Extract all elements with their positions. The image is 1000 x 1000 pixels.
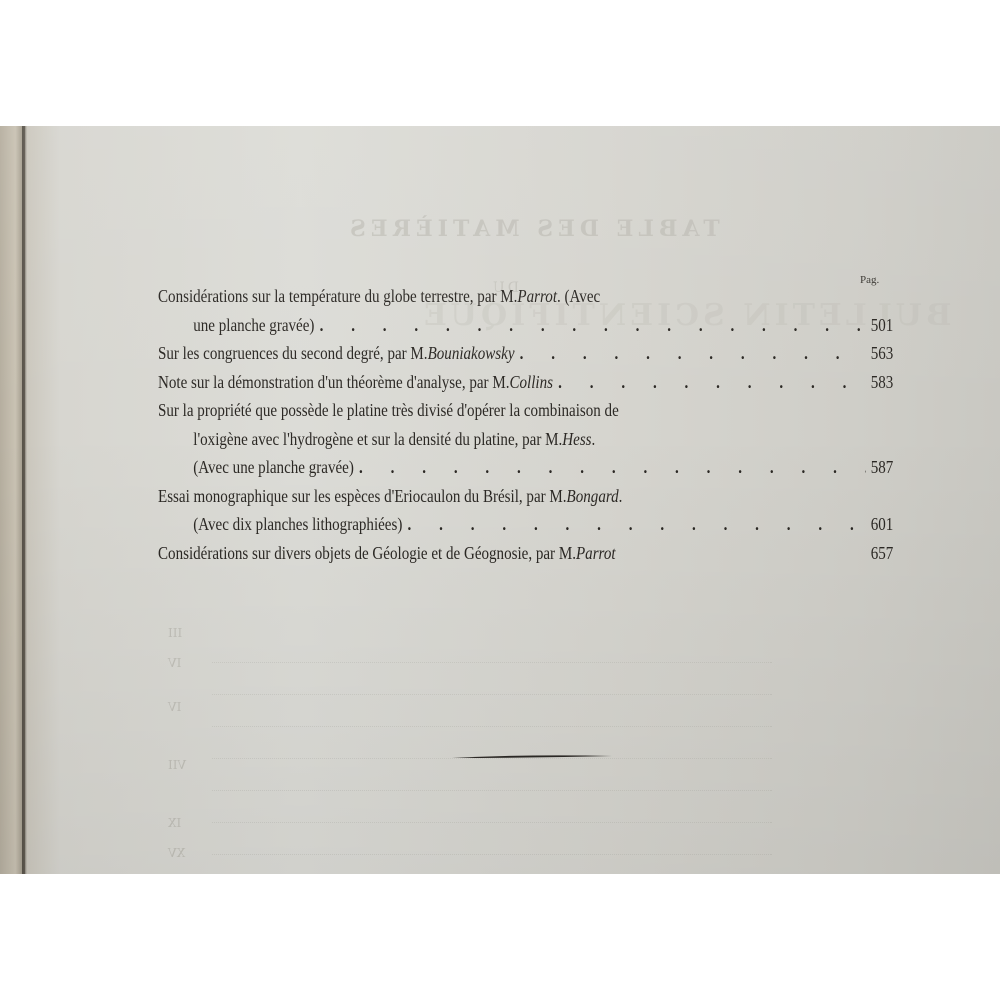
entry-title-continued: . [592,429,596,450]
toc-entry: Sur la propriété que possède le platine … [158,400,894,486]
entry-title-continued: (Avec une planche gravée) [193,457,354,478]
decorative-rule [452,754,612,758]
entry-title-continued: (Avec dix planches lithographiées) [193,514,402,535]
toc-line: (Avec dix planches lithographiées) . . .… [158,514,893,543]
show-through-title: TABLE DES MATIÈRES [345,216,720,242]
page-number: 563 [871,343,894,364]
entry-title-continued: une planche gravée) [193,315,314,336]
entry-author: Parrot [576,543,616,564]
toc-line: Considérations sur la température du glo… [158,286,893,315]
book-page-photo: TABLE DES MATIÈRES DU BULLETIN SCIENTIFI… [0,126,1000,874]
toc-entry: Note sur la démonstration d'un théorème … [158,372,894,401]
toc-line: Note sur la démonstration d'un théorème … [158,372,893,401]
toc-line: Essai monographique sur les espèces d'Er… [158,486,893,515]
entry-title-continued: . [619,486,623,507]
table-of-contents: Pag. Considérations sur la température d… [158,274,898,571]
page-number: 657 [871,543,894,564]
entry-title: Essai monographique sur les espèces d'Er… [158,486,567,507]
show-through-roman-numeral: XV [168,846,185,860]
entry-author: Bouniakowsky [428,343,515,364]
toc-entry: Essai monographique sur les espèces d'Er… [158,486,894,543]
dot-leader: . . . . . . . . . . . . . . . . . . . . … [359,457,866,478]
dot-leader: . . . . . . . . . . . . . . . . . . . . … [520,343,866,364]
toc-line: Sur les congruences du second degré, par… [158,343,893,372]
entry-title: Sur les congruences du second degré, par… [158,343,428,364]
dot-leader: . . . . . . . . . . . . . . . . . . . . … [558,372,865,393]
toc-line: une planche gravée) . . . . . . . . . . … [158,315,893,344]
show-through-roman-numeral: IV [168,656,181,670]
entry-author: Bongard [567,486,619,507]
entry-title-continued: . (Avec [557,286,600,307]
show-through-roman-numeral: IV [168,700,181,714]
entry-author: Hess [562,429,591,450]
entry-title: Note sur la démonstration d'un théorème … [158,372,509,393]
entry-title: Considérations sur la température du glo… [158,286,517,307]
show-through-roman-numeral: III [168,626,182,640]
entry-author: Parrot [517,286,557,307]
page-column-label: Pag. [860,274,879,286]
toc-entry: Considérations sur divers objets de Géol… [158,543,894,572]
entry-author: Collins [509,372,552,393]
show-through-roman-numeral: IX [168,816,181,830]
page-gutter-edge [22,126,25,874]
toc-line: l'oxigène avec l'hydrogène et sur la den… [158,429,893,458]
toc-entry: Sur les congruences du second degré, par… [158,343,894,372]
show-through-text-block [212,631,772,855]
toc-line: Sur la propriété que possède le platine … [158,400,893,429]
page-number: 501 [871,315,894,336]
book-spine [0,126,22,874]
show-through-roman-numeral: VII [168,758,186,772]
page-number: 587 [871,457,894,478]
page-number: 583 [871,372,894,393]
toc-line: (Avec une planche gravée) . . . . . . . … [158,457,893,486]
dot-leader: . . . . . . . . . . . . . . . . . . . . … [320,315,866,336]
entry-title-continued: l'oxigène avec l'hydrogène et sur la den… [193,429,562,450]
toc-line: Considérations sur divers objets de Géol… [158,543,893,572]
toc-entry: Considérations sur la température du glo… [158,286,894,343]
entry-title: Considérations sur divers objets de Géol… [158,543,576,564]
entry-title: Sur la propriété que possède le platine … [158,400,619,421]
page-number: 601 [871,514,894,535]
dot-leader: . . . . . . . . . . . . . . . . . . . . … [408,514,866,535]
